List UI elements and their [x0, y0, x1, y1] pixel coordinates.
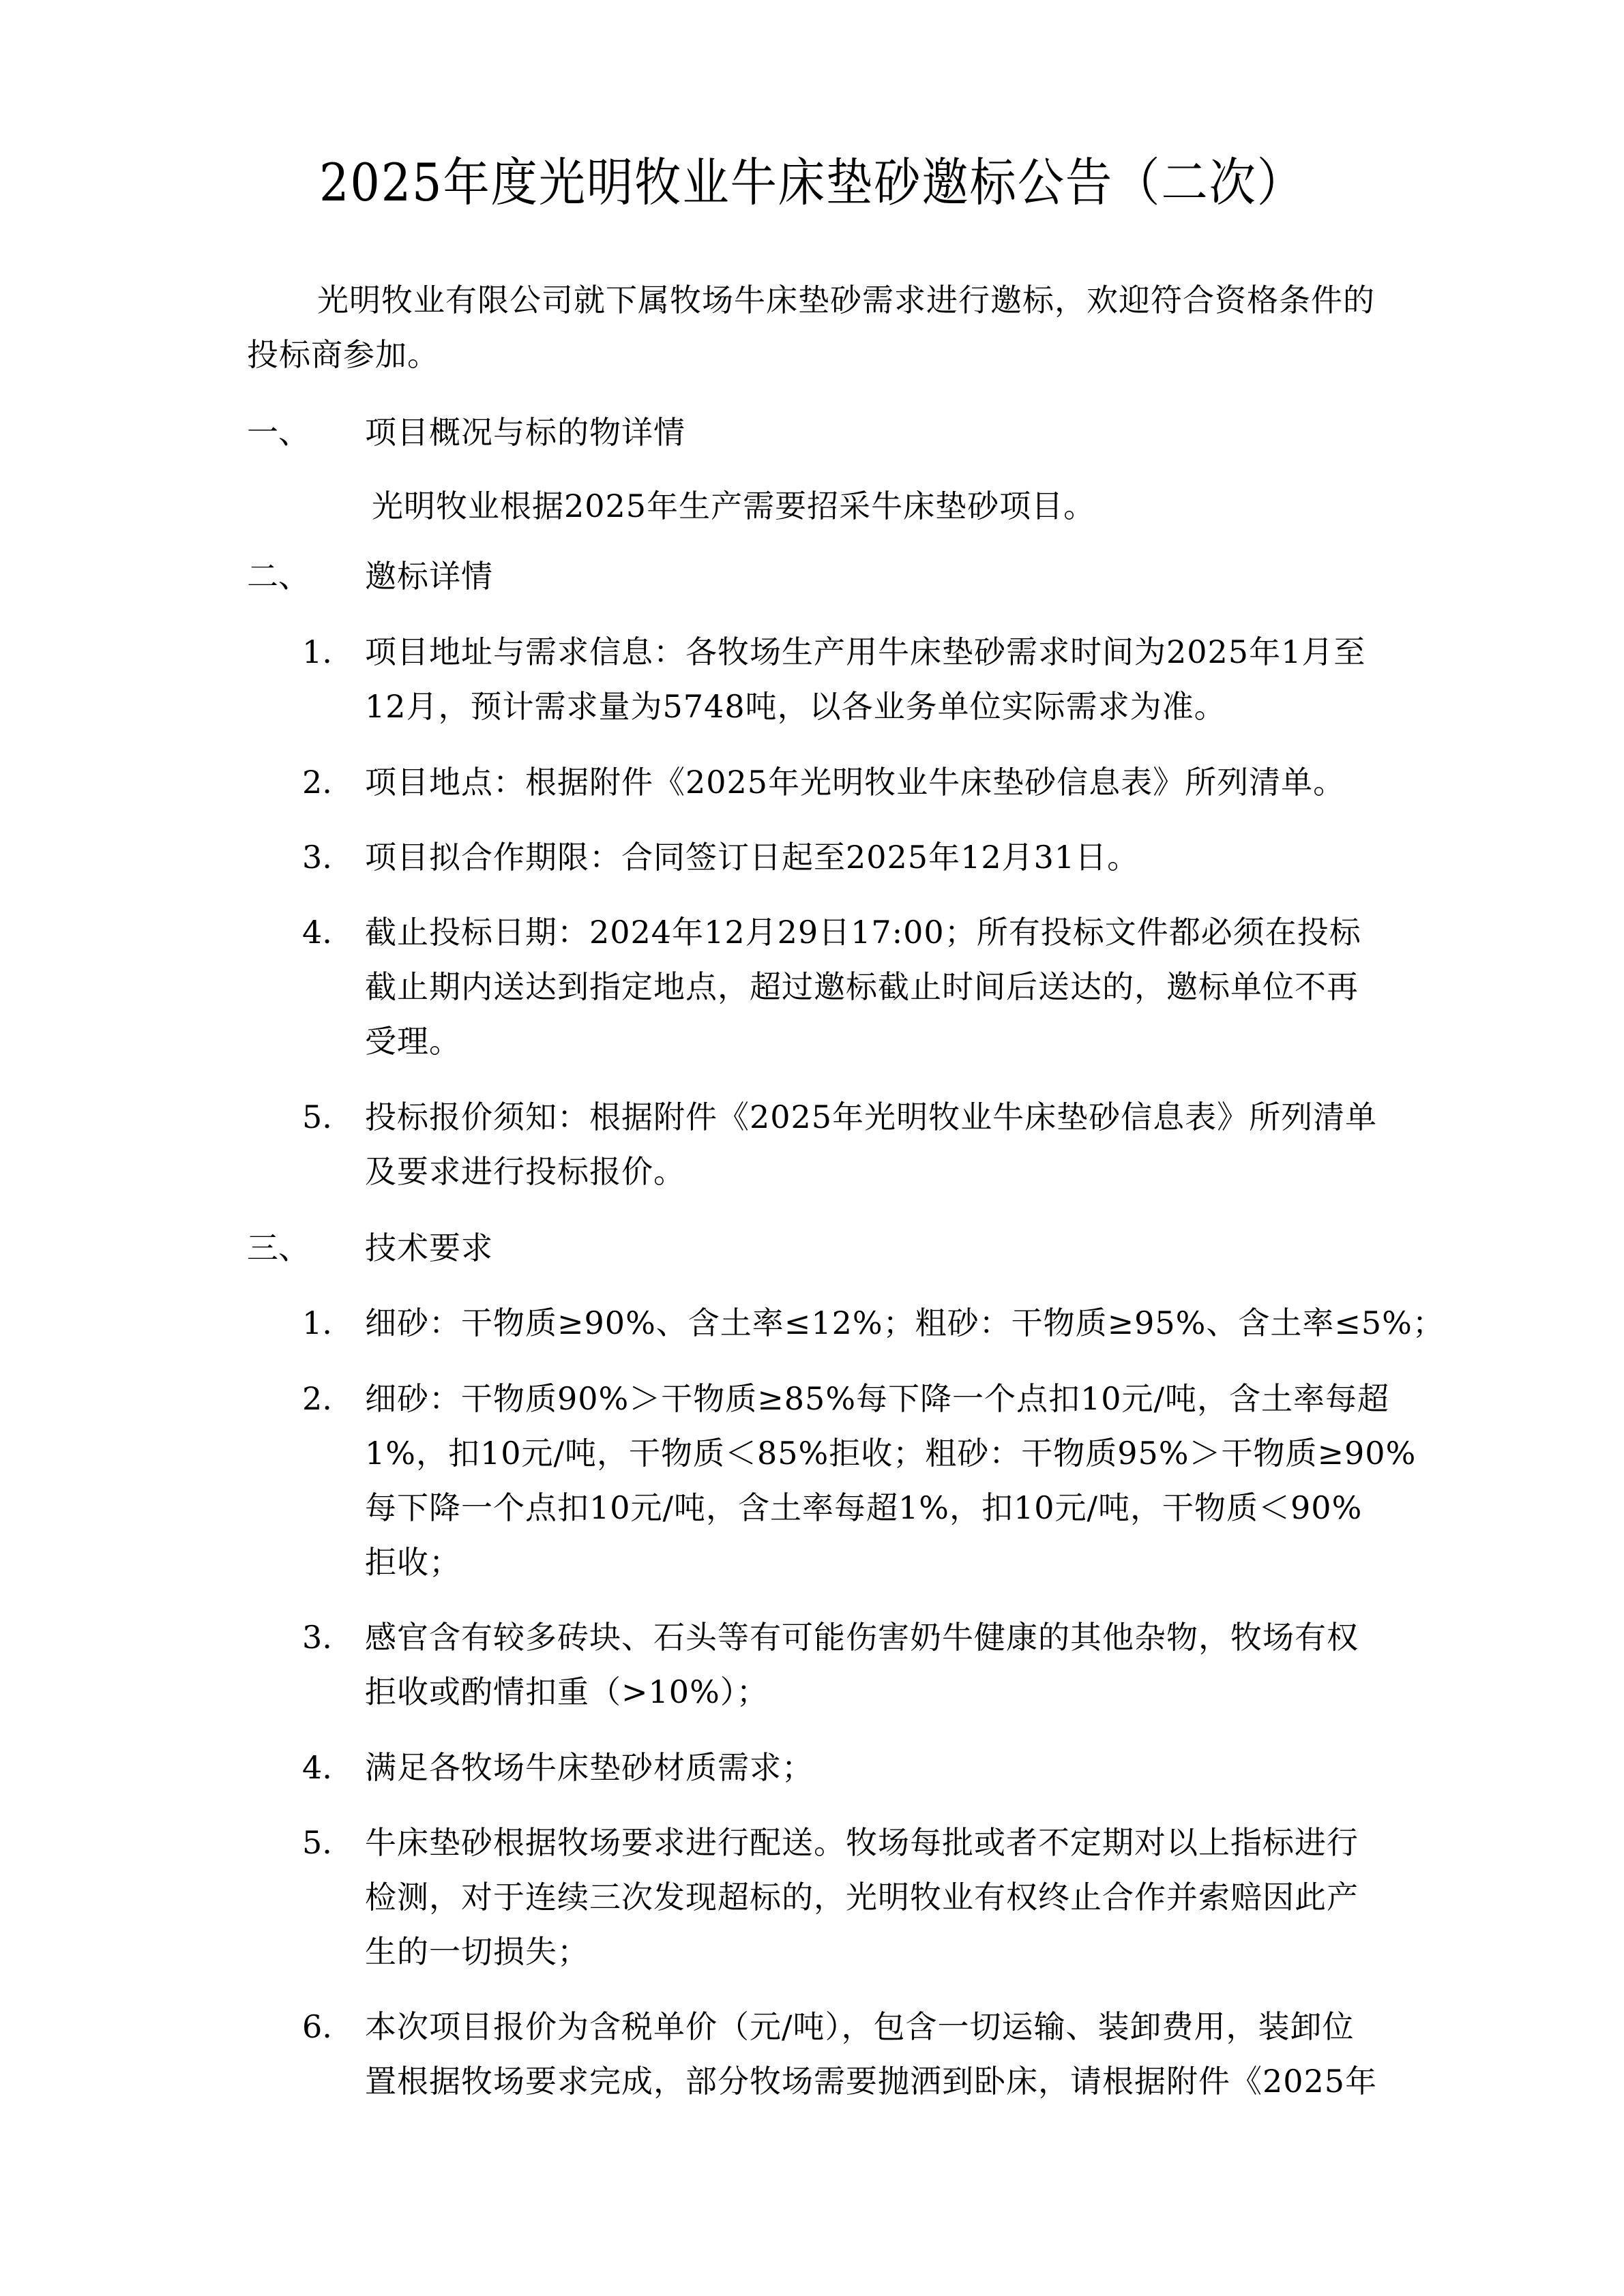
- s3-item-3-line-1: 感官含有较多砖块、石头等有可能伤害奶牛健康的其他杂物，牧场有权: [365, 1617, 1359, 1658]
- s2-item-2-line-1: 项目地点：根据附件《2025年光明牧业牛床垫砂信息表》所列清单。: [365, 762, 1345, 803]
- intro-line-2: 投标商参加。: [247, 334, 439, 375]
- s2-item-4-line-3: 受理。: [365, 1021, 461, 1062]
- section-1-heading: 项目概况与标的物详情: [365, 412, 685, 453]
- s3-item-4-line-1: 满足各牧场牛床垫砂材质需求；: [365, 1747, 814, 1788]
- s3-item-5-line-1: 牛床垫砂根据牧场要求进行配送。牧场每批或者不定期对以上指标进行: [365, 1822, 1359, 1863]
- s3-item-1-number: 1.: [302, 1302, 332, 1343]
- section-1-body: 光明牧业根据2025年生产需要招采牛床垫砂项目。: [372, 486, 1095, 526]
- s2-item-4-line-1: 截止投标日期：2024年12月29日17:00；所有投标文件都必须在投标: [365, 912, 1361, 953]
- s3-item-2-line-2: 1%，扣10元/吨，干物质＜85%拒收；粗砂：干物质95%＞干物质≥90%: [365, 1433, 1416, 1474]
- s2-item-1-line-2: 12月，预计需求量为5748吨，以各业务单位实际需求为准。: [365, 686, 1226, 727]
- s3-item-6-line-2: 置根据牧场要求完成，部分牧场需要抛洒到卧床，请根据附件《2025年: [365, 2061, 1377, 2102]
- s2-item-1-number: 1.: [302, 631, 332, 672]
- section-2-heading: 邀标详情: [365, 556, 493, 597]
- section-2-marker: 二、: [247, 556, 310, 597]
- section-1-marker: 一、: [247, 412, 310, 453]
- s2-item-5-line-2: 及要求进行投标报价。: [365, 1151, 685, 1192]
- document-page: 2025年度光明牧业牛床垫砂邀标公告（二次） 光明牧业有限公司就下属牧场牛床垫砂…: [0, 0, 1624, 2296]
- s3-item-2-line-3: 每下降一个点扣10元/吨，含土率每超1%，扣10元/吨，干物质＜90%: [365, 1487, 1362, 1528]
- s3-item-3-number: 3.: [302, 1617, 332, 1658]
- s2-item-5-line-1: 投标报价须知：根据附件《2025年光明牧业牛床垫砂信息表》所列清单: [365, 1097, 1377, 1137]
- s3-item-4-number: 4.: [302, 1747, 332, 1788]
- s3-item-2-number: 2.: [302, 1378, 332, 1419]
- s2-item-1-line-1: 项目地址与需求信息：各牧场生产用牛床垫砂需求时间为2025年1月至: [365, 631, 1365, 672]
- s3-item-3-line-2: 拒收或酌情扣重（>10%）；: [365, 1671, 769, 1712]
- s3-item-6-number: 6.: [302, 2006, 332, 2047]
- document-title: 2025年度光明牧业牛床垫砂邀标公告（二次）: [81, 149, 1543, 217]
- s3-item-2-line-4: 拒收；: [365, 1542, 461, 1583]
- s3-item-5-line-3: 生的一切损失；: [365, 1931, 589, 1972]
- s3-item-2-line-1: 细砂：干物质90%＞干物质≥85%每下降一个点扣10元/吨，含土率每超: [365, 1378, 1389, 1419]
- intro-line-1: 光明牧业有限公司就下属牧场牛床垫砂需求进行邀标，欢迎符合资格条件的: [317, 280, 1375, 320]
- s2-item-2-number: 2.: [302, 762, 332, 803]
- s2-item-4-number: 4.: [302, 912, 332, 953]
- section-3-heading: 技术要求: [365, 1227, 493, 1268]
- s2-item-3-number: 3.: [302, 837, 332, 878]
- s2-item-4-line-2: 截止期内送达到指定地点，超过邀标截止时间后送达的，邀标单位不再: [365, 966, 1359, 1007]
- s2-item-5-number: 5.: [302, 1097, 332, 1137]
- s3-item-5-number: 5.: [302, 1822, 332, 1863]
- s3-item-1-line-1: 细砂：干物质≥90%、含土率≤12%；粗砂：干物质≥95%、含土率≤5%；: [365, 1302, 1445, 1343]
- s3-item-5-line-2: 检测，对于连续三次发现超标的，光明牧业有权终止合作并索赔因此产: [365, 1877, 1359, 1918]
- s2-item-3-line-1: 项目拟合作期限：合同签订日起至2025年12月31日。: [365, 837, 1139, 878]
- section-3-marker: 三、: [247, 1227, 310, 1268]
- s3-item-6-line-1: 本次项目报价为含税单价（元/吨），包含一切运输、装卸费用，装卸位: [365, 2006, 1355, 2047]
